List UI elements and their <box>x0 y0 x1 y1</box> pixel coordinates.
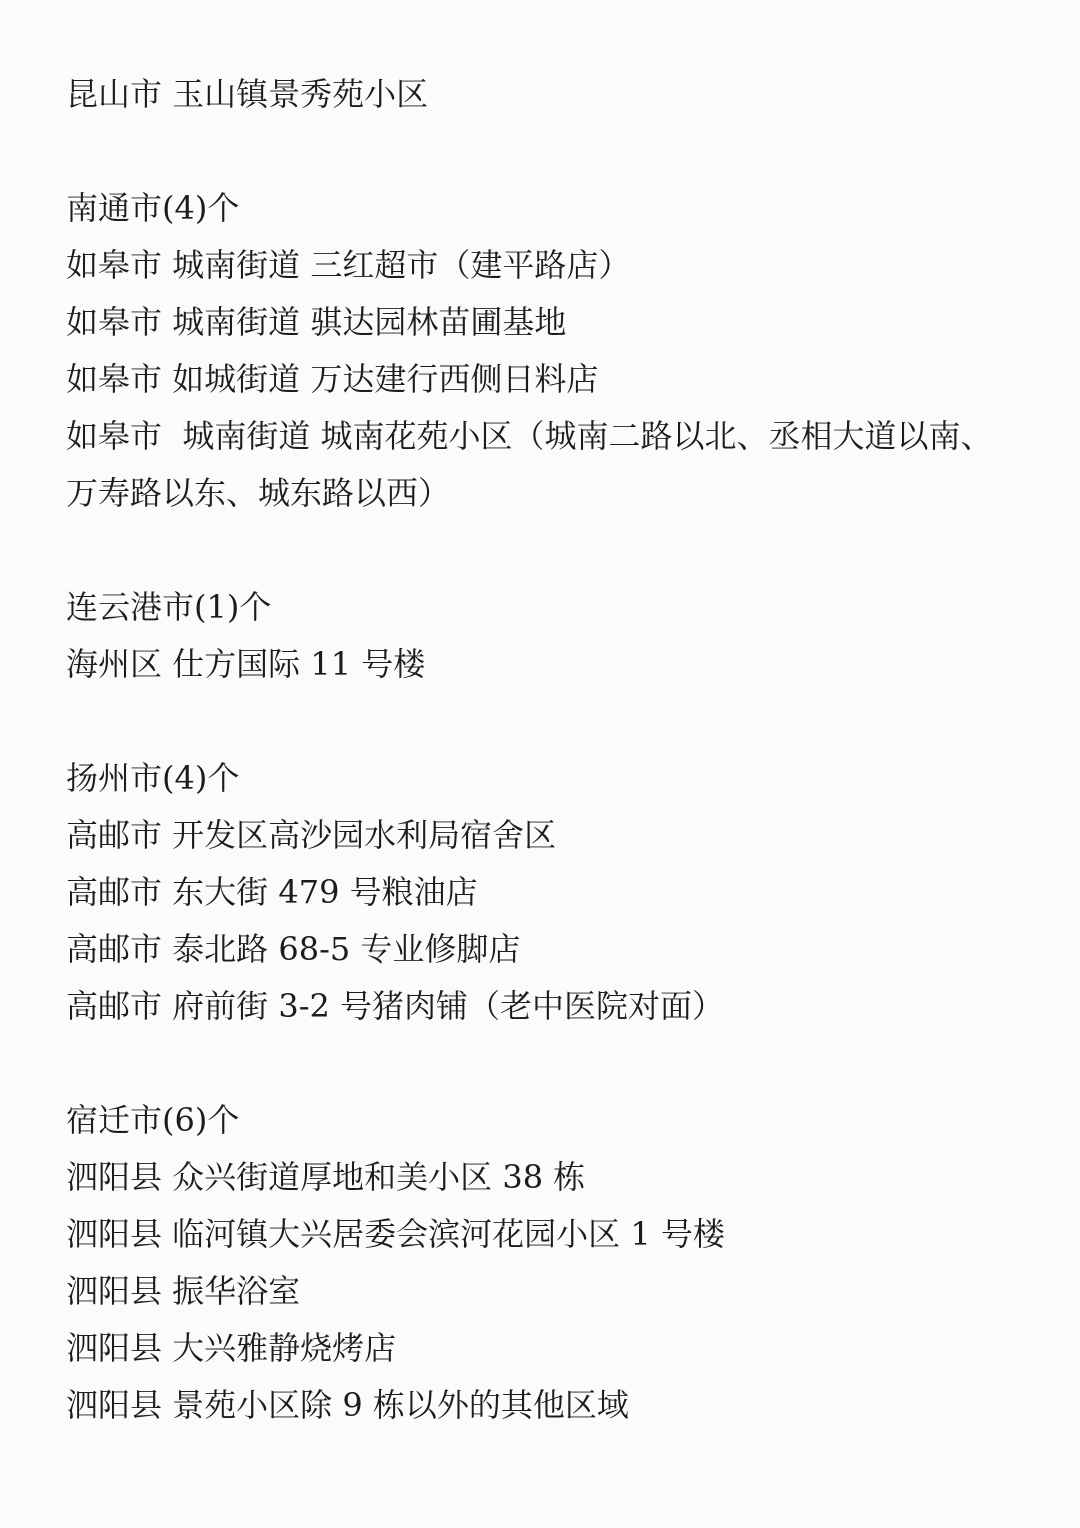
list-item: 泗阳县 振华浴室 <box>66 1263 1014 1320</box>
list-item: 高邮市 泰北路 68-5 专业修脚店 <box>66 921 1014 978</box>
list-item: 如皋市 城南街道 城南花苑小区（城南二路以北、丞相大道以南、万寿路以东、城东路以… <box>66 408 1014 522</box>
list-item: 昆山市 玉山镇景秀苑小区 <box>66 66 1014 123</box>
list-item: 泗阳县 众兴街道厚地和美小区 38 栋 <box>66 1149 1014 1206</box>
list-item: 如皋市 如城街道 万达建行西侧日料店 <box>66 351 1014 408</box>
section-suqian: 宿迁市(6)个 泗阳县 众兴街道厚地和美小区 38 栋 泗阳县 临河镇大兴居委会… <box>66 1092 1014 1434</box>
list-item: 高邮市 东大街 479 号粮油店 <box>66 864 1014 921</box>
section-header: 宿迁市(6)个 <box>66 1092 1014 1149</box>
list-item: 高邮市 开发区高沙园水利局宿舍区 <box>66 807 1014 864</box>
document-page: 昆山市 玉山镇景秀苑小区 南通市(4)个 如皋市 城南街道 三红超市（建平路店）… <box>0 0 1080 1528</box>
section-lianyungang: 连云港市(1)个 海州区 仕方国际 11 号楼 <box>66 579 1014 693</box>
section-yangzhou: 扬州市(4)个 高邮市 开发区高沙园水利局宿舍区 高邮市 东大街 479 号粮油… <box>66 750 1014 1035</box>
list-item: 如皋市 城南街道 骐达园林苗圃基地 <box>66 294 1014 351</box>
list-item: 泗阳县 景苑小区除 9 栋以外的其他区域 <box>66 1377 1014 1434</box>
section-kunshan-continued: 昆山市 玉山镇景秀苑小区 <box>66 66 1014 123</box>
list-item: 海州区 仕方国际 11 号楼 <box>66 636 1014 693</box>
list-item: 如皋市 城南街道 三红超市（建平路店） <box>66 237 1014 294</box>
list-item: 高邮市 府前街 3-2 号猪肉铺（老中医院对面） <box>66 978 1014 1035</box>
section-header: 扬州市(4)个 <box>66 750 1014 807</box>
list-item: 泗阳县 临河镇大兴居委会滨河花园小区 1 号楼 <box>66 1206 1014 1263</box>
section-header: 连云港市(1)个 <box>66 579 1014 636</box>
list-item: 泗阳县 大兴雅静烧烤店 <box>66 1320 1014 1377</box>
section-nantong: 南通市(4)个 如皋市 城南街道 三红超市（建平路店） 如皋市 城南街道 骐达园… <box>66 180 1014 522</box>
section-header: 南通市(4)个 <box>66 180 1014 237</box>
